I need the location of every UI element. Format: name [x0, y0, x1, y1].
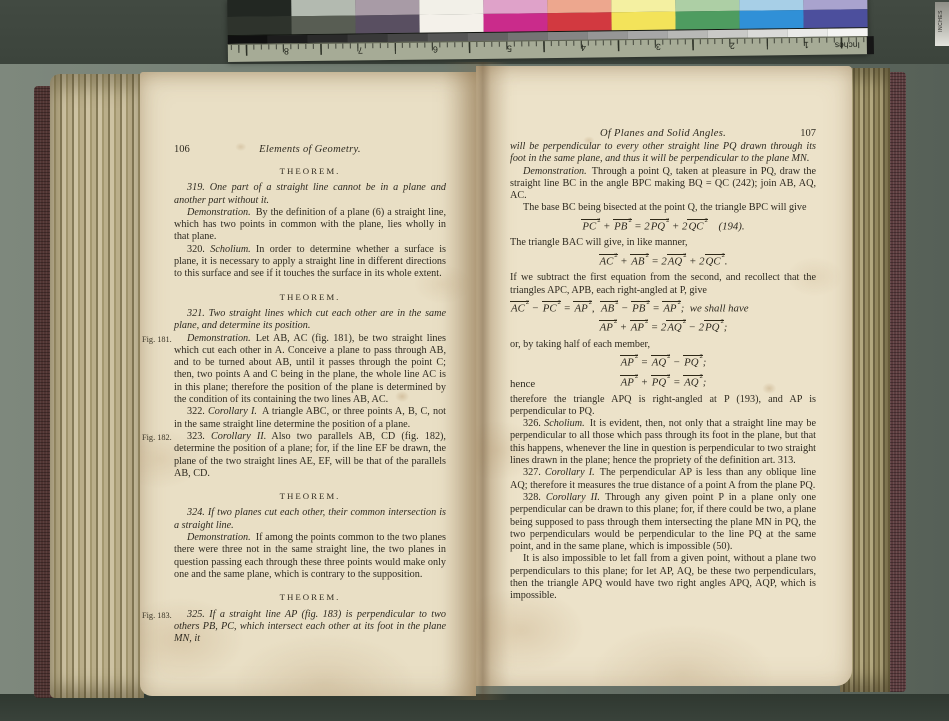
- paragraph: 322. Corollary I. A triangle ABC, or thr…: [174, 406, 446, 431]
- paragraph: Demonstration. Let AB, AC (fig. 181), be…: [174, 333, 446, 407]
- figure-margin-note: Fig. 181.: [142, 334, 172, 346]
- color-patch: [739, 10, 803, 29]
- theorem-heading: THEOREM.: [174, 165, 446, 177]
- figure-margin-note: Fig. 182.: [142, 432, 172, 444]
- color-patch: [483, 0, 547, 14]
- running-title: Of Planes and Solid Angles.: [554, 128, 772, 139]
- overlined-segment: AP2: [573, 301, 591, 315]
- overlined-segment: PQ2: [651, 375, 671, 389]
- overlined-segment: AP2: [620, 375, 638, 389]
- left-page-body: THEOREM.319. One part of a straight line…: [174, 165, 446, 645]
- overlined-segment: AP2: [630, 320, 648, 334]
- color-patch: [419, 0, 483, 15]
- paragraph: Demonstration. If among the points commo…: [174, 532, 446, 581]
- overlined-segment: PC2: [581, 219, 600, 233]
- scanned-book-photo: Inches 87654321 INCHES 106 Elements of G…: [0, 0, 949, 721]
- theorem-heading: THEOREM.: [174, 591, 446, 603]
- left-page-header: 106 Elements of Geometry.: [174, 144, 446, 155]
- color-calibration-bar: Inches 87654321: [227, 0, 868, 61]
- page-number: 107: [772, 128, 816, 139]
- paragraph: 323. Corollary II. Also two parallels AB…: [174, 431, 446, 480]
- overlined-segment: PQ2: [683, 355, 703, 369]
- right-page-body: will be perpendicular to every other str…: [510, 141, 816, 603]
- overlined-segment: AQ2: [651, 355, 671, 369]
- overlined-segment: AP2: [599, 320, 617, 334]
- ruler-number: 5: [507, 44, 512, 54]
- equation: AC2 + AB2 = 2AQ2 + 2QC2.: [510, 254, 816, 270]
- paragraph-lead: Demonstration.: [187, 532, 251, 543]
- paragraph: 319. One part of a straight line cannot …: [174, 182, 446, 207]
- color-patch: [547, 0, 611, 13]
- equation: henceAP2 + PQ2 = AQ2;: [510, 375, 816, 391]
- overlined-segment: PQ2: [704, 320, 724, 334]
- overlined-segment: AC2: [599, 254, 618, 268]
- ruler-end-cap: [867, 36, 874, 54]
- color-patch: [675, 0, 739, 12]
- paragraph-lead: Scholium.: [210, 244, 250, 255]
- paragraph: It is also impossible to let fall from a…: [510, 553, 816, 602]
- equation-lead-word: hence: [510, 377, 535, 392]
- open-book: 106 Elements of Geometry. THEOREM.319. O…: [34, 62, 906, 700]
- ruler-number: 8: [284, 46, 289, 56]
- edge-ruler-inches-label: INCHES: [938, 10, 944, 32]
- paragraph: 327. Corollary I. The perpendicular AP i…: [510, 467, 816, 492]
- equation: AP2 = AQ2 − PQ2;: [510, 355, 816, 371]
- right-page-header: Of Planes and Solid Angles. 107: [510, 128, 816, 139]
- ruler-number: 4: [581, 43, 586, 53]
- overlined-segment: AB2: [630, 254, 648, 268]
- ruler-number: 6: [432, 44, 437, 54]
- edge-ruler-fragment: INCHES: [935, 2, 949, 46]
- paragraph-lead: Scholium.: [544, 418, 584, 429]
- ruler-number: 7: [358, 45, 363, 55]
- color-patch: [291, 0, 355, 16]
- paragraph: will be perpendicular to every other str…: [510, 141, 816, 166]
- paragraph: If we subtract the first equation from t…: [510, 272, 816, 297]
- equation: PC2 + PB2 = 2PQ2 + 2QC2 (194).: [510, 219, 816, 235]
- page-number: 106: [174, 144, 218, 155]
- ruler-number: 2: [730, 41, 735, 51]
- color-patch: [547, 12, 611, 31]
- overlined-segment: AQ2: [683, 375, 703, 389]
- overlined-segment: QC2: [705, 254, 725, 268]
- left-page: 106 Elements of Geometry. THEOREM.319. O…: [140, 72, 476, 696]
- color-patch: [675, 11, 739, 30]
- paragraph: or, by taking half of each member,: [510, 339, 816, 351]
- overlined-segment: AP2: [662, 301, 680, 315]
- paragraph: 320. Scholium. In order to determine whe…: [174, 244, 446, 281]
- color-patch: [611, 12, 675, 31]
- paragraph-lead: Demonstration.: [187, 333, 251, 344]
- paragraph: 325. If a straight line AP (fig. 183) is…: [174, 609, 446, 646]
- overlined-segment: PB2: [631, 301, 649, 315]
- overlined-segment: PC2: [542, 301, 561, 315]
- color-patch: [291, 15, 355, 34]
- equation: AC2 − PC2 = AP2, AB2 − PB2 = AP2; we sha…: [510, 301, 816, 317]
- color-patch: [419, 14, 483, 33]
- theorem-heading: THEOREM.: [174, 490, 446, 502]
- paragraph: 328. Corollary II. Through any given poi…: [510, 492, 816, 553]
- paragraph: 326. Scholium. It is evident, then, not …: [510, 418, 816, 467]
- left-page-edges-stack: [50, 74, 144, 698]
- paragraph: 324. If two planes cut each other, their…: [174, 507, 446, 532]
- ruler-inches-label: Inches: [835, 40, 860, 50]
- paragraph: Demonstration. Through a point Q, taken …: [510, 166, 816, 203]
- color-patch: [803, 9, 867, 28]
- paragraph-lead: Corollary II.: [211, 431, 266, 442]
- overlined-segment: AQ2: [667, 254, 687, 268]
- overlined-segment: PB2: [613, 219, 631, 233]
- paragraph: The base BC being bisected at the point …: [510, 202, 816, 214]
- overlined-segment: AB2: [600, 301, 618, 315]
- ruler-number: 3: [655, 42, 660, 52]
- overlined-segment: AC2: [510, 301, 529, 315]
- color-patch: [227, 16, 291, 35]
- paragraph-lead: Corollary I.: [545, 467, 595, 478]
- paragraph-lead: Corollary II.: [546, 492, 600, 503]
- theorem-heading: THEOREM.: [174, 291, 446, 303]
- color-patch: [355, 15, 419, 34]
- paragraph: Demonstration. By the definition of a pl…: [174, 207, 446, 244]
- overlined-segment: PQ2: [650, 219, 670, 233]
- right-page: Of Planes and Solid Angles. 107 will be …: [476, 66, 852, 686]
- color-patch: [227, 0, 291, 17]
- ruler-number: 1: [804, 40, 809, 50]
- paragraph: therefore the triangle APQ is right-angl…: [510, 394, 816, 419]
- overlined-segment: AP2: [620, 355, 638, 369]
- equation: AP2 + AP2 = 2AQ2 − 2PQ2;: [510, 320, 816, 336]
- paragraph-lead: Corollary I.: [208, 406, 257, 417]
- color-patch: [355, 0, 419, 15]
- figure-margin-note: Fig. 183.: [142, 610, 172, 622]
- overlined-segment: AQ2: [666, 320, 686, 334]
- color-patch: [483, 13, 547, 32]
- running-title: Elements of Geometry.: [218, 144, 402, 155]
- paragraph-lead: Demonstration.: [523, 166, 587, 177]
- overlined-segment: QC2: [687, 219, 707, 233]
- paragraph: The triangle BAC will give, in like mann…: [510, 237, 816, 249]
- color-patch: [611, 0, 675, 12]
- paragraph: 321. Two straight lines which cut each o…: [174, 308, 446, 333]
- paragraph-lead: Demonstration.: [187, 207, 251, 218]
